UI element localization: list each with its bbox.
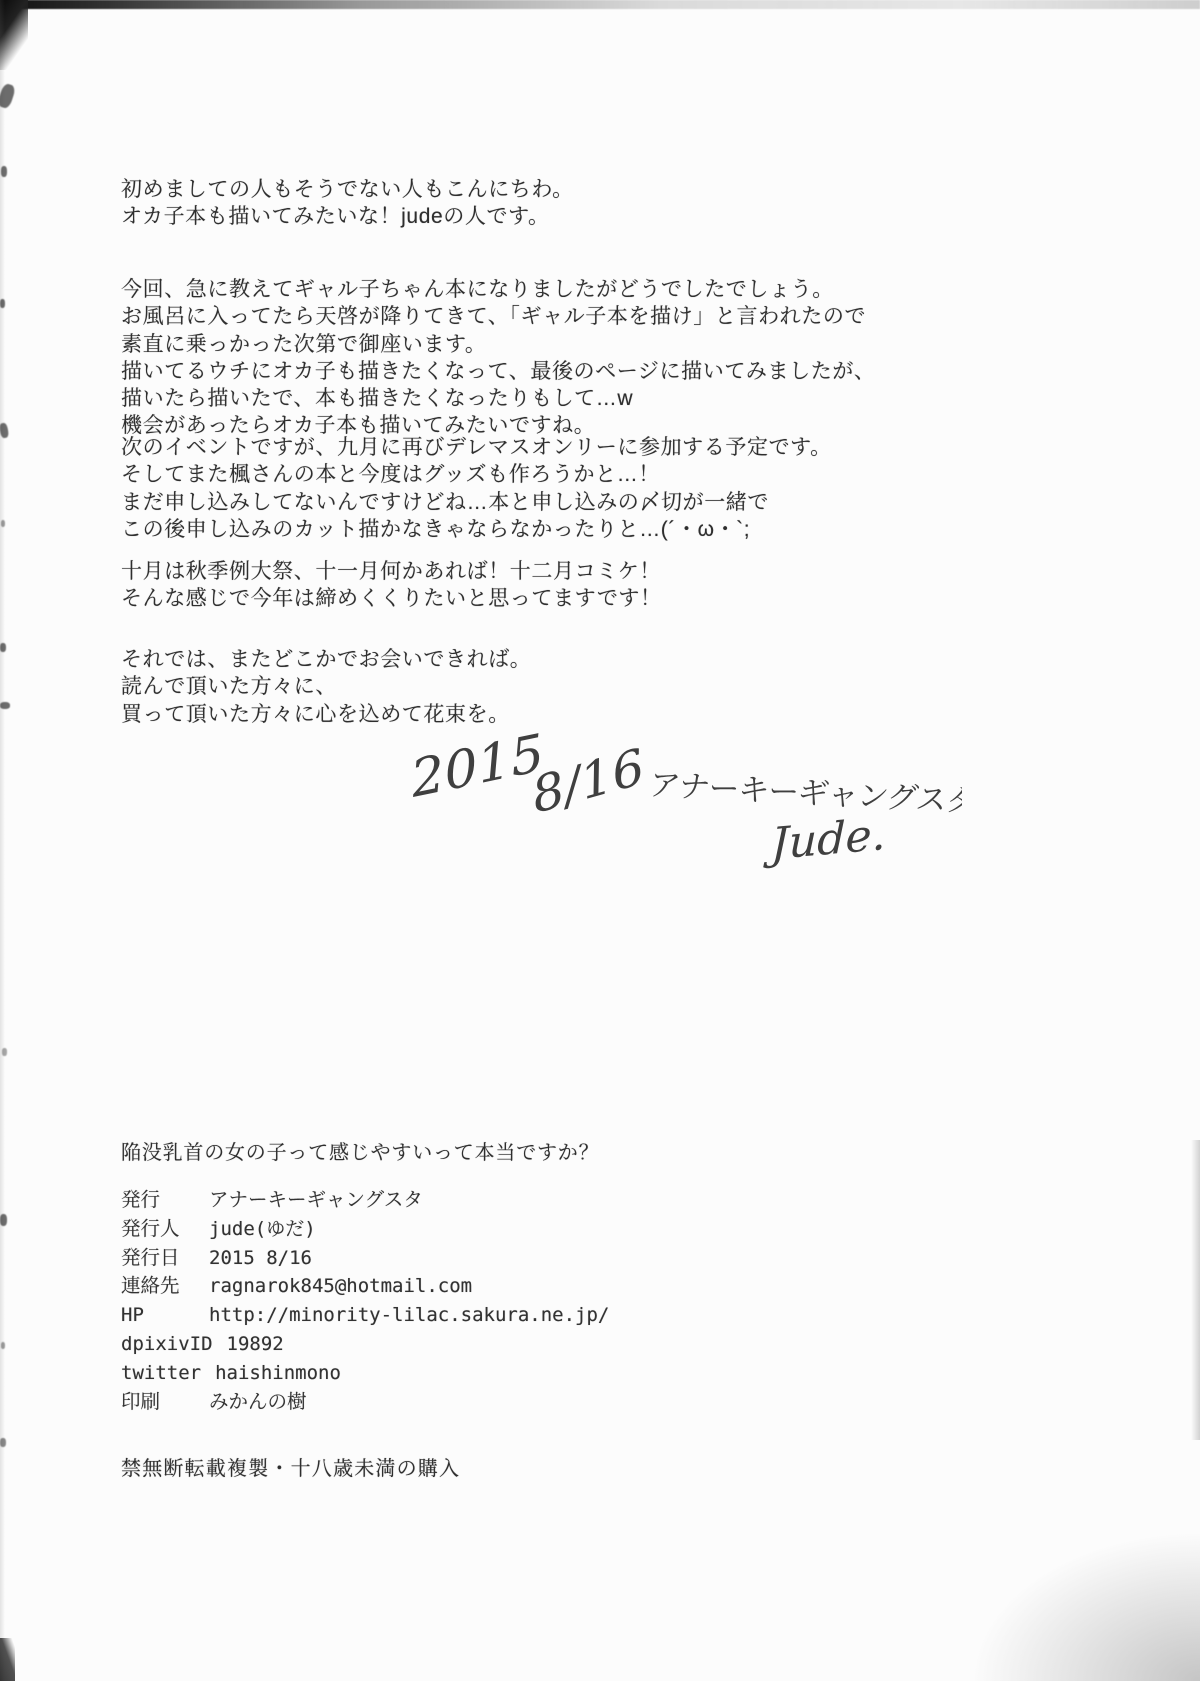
- colophon-row-author: 発行人 jude(ゆだ): [121, 1215, 609, 1244]
- colophon-value: http://minority-lilac.sakura.ne.jp/: [209, 1301, 609, 1330]
- scan-speck: [0, 1438, 6, 1447]
- scan-edge-shadow-right: [1191, 1140, 1200, 1440]
- afterword-paragraph-farewell: それでは、またどこかでお会いできれば。 読んで頂いた方々に、 買って頂いた方々に…: [121, 646, 531, 728]
- text-line: 買って頂いた方々に心を込めて花束を。: [121, 701, 531, 728]
- signature-circle-name: アナーキーギャングスタ: [646, 767, 962, 820]
- afterword-paragraph-year-plan: 十月は秋季例大祭、十一月何かあれば！十二月コミケ！ そんな感じで今年は締めくくり…: [121, 558, 662, 613]
- scan-speck: [0, 1214, 7, 1226]
- scan-speck: [2, 1048, 7, 1056]
- colophon: 発行 アナーキーギャングスタ 発行人 jude(ゆだ) 発行日 2015 8/1…: [121, 1186, 609, 1416]
- scan-speck: [0, 422, 9, 438]
- scan-edge-shadow-left: [0, 0, 5, 1681]
- signature-date: 8/16: [527, 737, 648, 824]
- scan-speck: [0, 702, 10, 709]
- colophon-label: 印刷: [121, 1388, 209, 1417]
- text-line: 素直に乗っかった次第で御座います。: [121, 331, 876, 358]
- text-line: オカ子本も描いてみたいな！judeの人です。: [121, 203, 574, 230]
- afterword-paragraph-greeting: 初めましての人もそうでない人もこんにちわ。 オカ子本も描いてみたいな！judeの…: [121, 176, 574, 231]
- text-line: お風呂に入ってたら天啓が降りてきて、「ギャル子本を描け」と言われたので: [121, 303, 876, 330]
- scan-speck: [0, 643, 6, 652]
- scan-edge-shadow-top: [0, 0, 1200, 9]
- colophon-row-homepage: HP http://minority-lilac.sakura.ne.jp/: [121, 1301, 609, 1330]
- text-line: そしてまた楓さんの本と今度はグッズも作ろうかと…！: [121, 461, 832, 488]
- colophon-row-contact-email: 連絡先 ragnarok845@hotmail.com: [121, 1272, 609, 1301]
- text-line: 今回、急に教えてギャル子ちゃん本になりましたがどうでしたでしょう。: [121, 276, 876, 303]
- scan-speck: [1, 520, 5, 527]
- signature-year: 2015: [407, 733, 547, 810]
- colophon-label: 発行人: [121, 1215, 209, 1244]
- colophon-value: アナーキーギャングスタ: [209, 1186, 423, 1215]
- scanned-afterword-page: 初めましての人もそうでない人もこんにちわ。 オカ子本も描いてみたいな！judeの…: [0, 0, 1200, 1681]
- colophon-label: 発行: [121, 1186, 209, 1215]
- text-line: 描いたら描いたで、本も描きたくなったりもして…w: [121, 385, 876, 412]
- colophon-value: ragnarok845@hotmail.com: [209, 1272, 472, 1301]
- text-line: 描いてるウチにオカ子も描きたくなって、最後のページに描いてみましたが、: [121, 358, 876, 385]
- colophon-label: HP: [121, 1301, 209, 1330]
- colophon-row-twitter: twitter haishinmono: [121, 1359, 609, 1388]
- signature-pen-name: Jude.: [763, 809, 887, 870]
- scan-speck: [0, 83, 16, 110]
- colophon-label: dpixivID: [121, 1330, 213, 1359]
- scan-corner-shadow-bottom-right: [970, 1531, 1200, 1681]
- text-line: 読んで頂いた方々に、: [121, 673, 531, 700]
- text-line: 初めましての人もそうでない人もこんにちわ。: [121, 176, 574, 203]
- text-line: まだ申し込みしてないんですけどね…本と申し込みの〆切が一緒で: [121, 489, 832, 516]
- colophon-row-publisher: 発行 アナーキーギャングスタ: [121, 1186, 609, 1215]
- scan-speck: [1, 166, 7, 177]
- colophon-label: 連絡先: [121, 1272, 209, 1301]
- colophon-label: twitter: [121, 1359, 201, 1388]
- colophon-row-printer: 印刷 みかんの樹: [121, 1388, 609, 1417]
- scan-speck: [1, 1342, 5, 1349]
- colophon-value: みかんの樹: [209, 1388, 307, 1417]
- colophon-value: 2015 8/16: [209, 1244, 312, 1273]
- scan-speck: [0, 299, 5, 308]
- handwritten-signature: 2015 8/16 アナーキーギャングスタ Jude.: [362, 733, 962, 888]
- afterword-paragraph-next-event: 次のイベントですが、九月に再びデレマスオンリーに参加する予定です。 そしてまた楓…: [121, 434, 832, 543]
- text-line: 十月は秋季例大祭、十一月何かあれば！十二月コミケ！: [121, 558, 662, 585]
- reproduction-notice: 禁無断転載複製・十八歳未満の購入: [121, 1452, 460, 1481]
- afterword-paragraph-book-origin: 今回、急に教えてギャル子ちゃん本になりましたがどうでしたでしょう。 お風呂に入っ…: [121, 276, 876, 440]
- colophon-row-publish-date: 発行日 2015 8/16: [121, 1244, 609, 1273]
- text-line: そんな感じで今年は締めくくりたいと思ってますです！: [121, 585, 662, 612]
- colophon-label: 発行日: [121, 1244, 209, 1273]
- scan-corner-mark-bottom-left: [0, 1638, 15, 1681]
- colophon-value: haishinmono: [215, 1359, 341, 1388]
- book-title: 陥没乳首の女の子って感じやすいって本当ですか？: [121, 1136, 599, 1165]
- text-line: 次のイベントですが、九月に再びデレマスオンリーに参加する予定です。: [121, 434, 832, 461]
- text-line: それでは、またどこかでお会いできれば。: [121, 646, 531, 673]
- colophon-row-pixiv-id: dpixivID 19892: [121, 1330, 609, 1359]
- text-line: この後申し込みのカット描かなきゃならなかったりと…(´・ω・`;: [121, 516, 832, 543]
- colophon-value: jude(ゆだ): [209, 1215, 316, 1244]
- colophon-value: 19892: [227, 1330, 284, 1359]
